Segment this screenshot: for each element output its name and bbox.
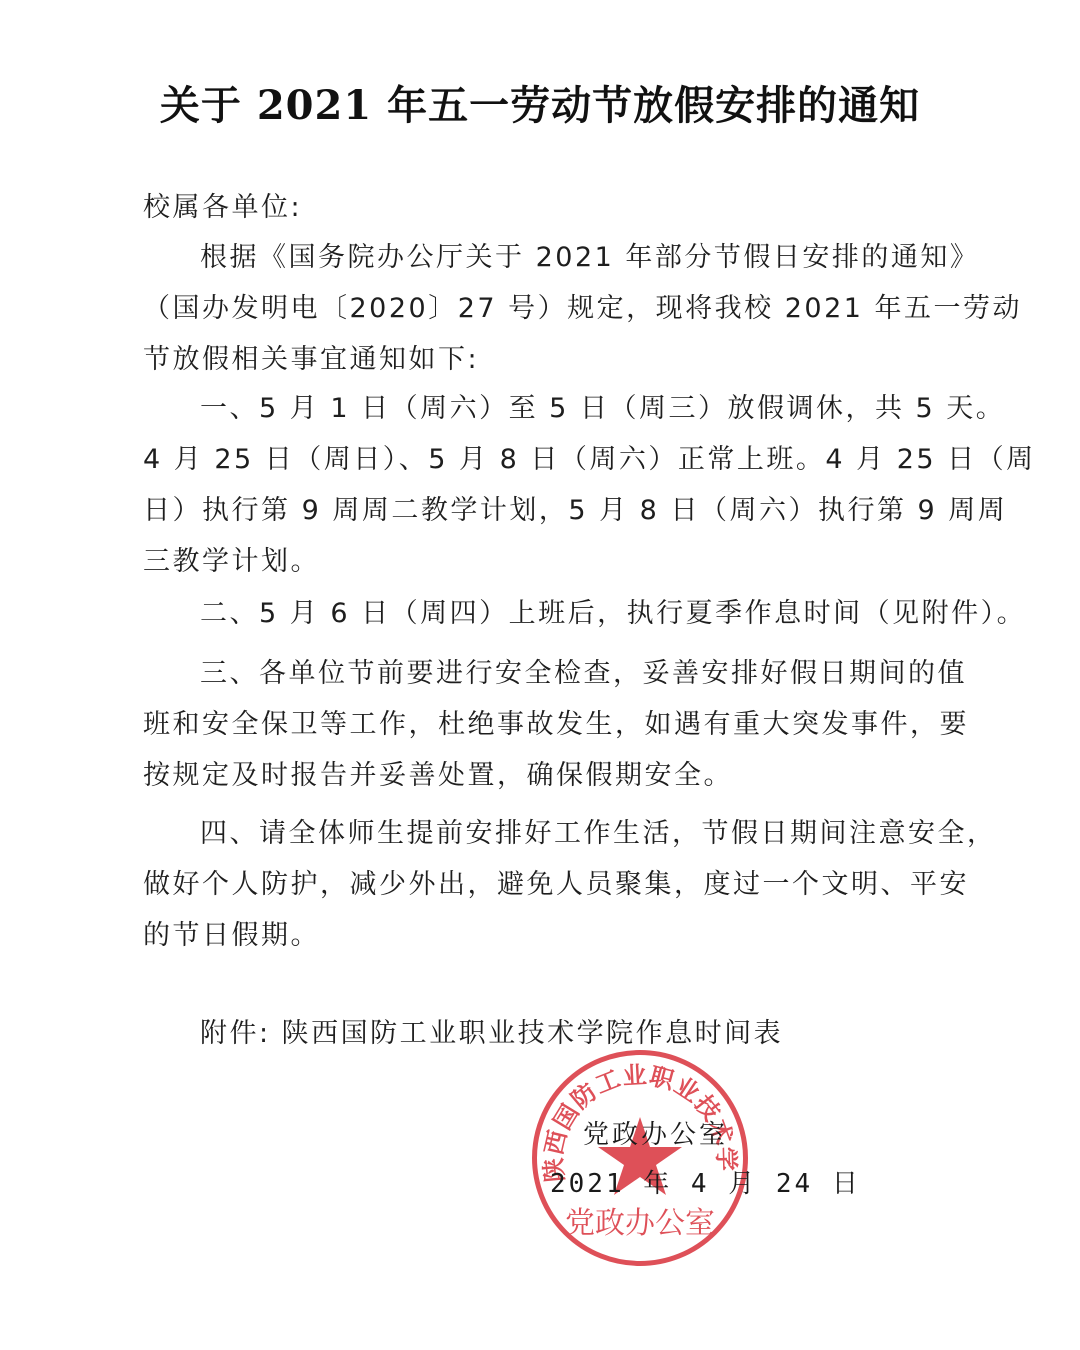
paragraph-line: 节放假相关事宜通知如下: [143, 334, 948, 385]
paragraph-line: 班和安全保卫等工作，杜绝事故发生，如遇有重大突发事件，要 [143, 699, 948, 750]
attachment-text: 附件: 陕西国防工业职业技术学院作息时间表 [143, 1008, 948, 1059]
paragraph-line: 三教学计划。 [143, 536, 948, 587]
paragraph-intro: 根据《国务院办公厅关于 2021 年部分节假日安排的通知》 （国办发明电〔202… [143, 232, 948, 385]
signature-date: 2021 年 4 月 24 日 [550, 1163, 861, 1200]
official-stamp: 陕西国防工业职业技术学院 党政办公室 [532, 1050, 748, 1266]
stamp-graphic: 陕西国防工业职业技术学院 党政办公室 [537, 1055, 743, 1261]
paragraph-item-2: 二、5 月 6 日（周四）上班后，执行夏季作息时间（见附件）。 [143, 588, 948, 639]
page-title: 关于 2021 年五一劳动节放假安排的通知 [0, 74, 1080, 131]
paragraph-line: 4 月 25 日（周日）、5 月 8 日（周六）正常上班。4 月 25 日（周 [143, 434, 948, 485]
paragraph-line: 四、请全体师生提前安排好工作生活，节假日期间注意安全， [143, 808, 948, 859]
paragraph-line: 按规定及时报告并妥善处置，确保假期安全。 [143, 750, 948, 801]
paragraph-line: 做好个人防护，减少外出，避免人员聚集，度过一个文明、平安 [143, 859, 948, 910]
salutation-text: 校属各单位: [143, 182, 948, 233]
signature-organization: 党政办公室 [583, 1114, 728, 1151]
paragraph-line: 日）执行第 9 周周二教学计划，5 月 8 日（周六）执行第 9 周周 [143, 485, 948, 536]
attachment-note: 附件: 陕西国防工业职业技术学院作息时间表 [143, 1008, 948, 1059]
paragraph-line: 三、各单位节前要进行安全检查，妥善安排好假日期间的值 [143, 648, 948, 699]
paragraph-line: 根据《国务院办公厅关于 2021 年部分节假日安排的通知》 [143, 232, 948, 283]
paragraph-line: 一、5 月 1 日（周六）至 5 日（周三）放假调休，共 5 天。 [143, 383, 948, 434]
stamp-bottom-text: 党政办公室 [565, 1206, 715, 1241]
paragraph-item-1: 一、5 月 1 日（周六）至 5 日（周三）放假调休，共 5 天。 4 月 25… [143, 383, 948, 587]
paragraph-line: （国办发明电〔2020〕27 号）规定，现将我校 2021 年五一劳动 [143, 283, 948, 334]
paragraph-line: 的节日假期。 [143, 910, 948, 961]
paragraph-item-3: 三、各单位节前要进行安全检查，妥善安排好假日期间的值 班和安全保卫等工作，杜绝事… [143, 648, 948, 801]
paragraph-line: 二、5 月 6 日（周四）上班后，执行夏季作息时间（见附件）。 [143, 588, 948, 639]
salutation: 校属各单位: [143, 182, 948, 233]
paragraph-item-4: 四、请全体师生提前安排好工作生活，节假日期间注意安全， 做好个人防护，减少外出，… [143, 808, 948, 961]
